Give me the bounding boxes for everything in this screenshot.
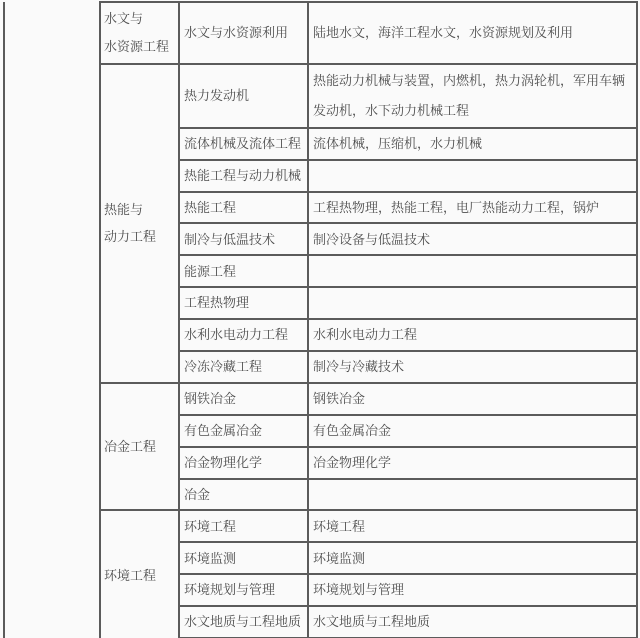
related-fields-cell bbox=[308, 255, 637, 287]
category-line: 动力工程 bbox=[104, 223, 175, 251]
major-cell: 水利水电动力工程 bbox=[179, 319, 308, 351]
category-line: 水资源工程 bbox=[104, 33, 175, 61]
related-fields-cell bbox=[308, 287, 637, 319]
discipline-table-body: 水文与水资源工程水文与水资源利用陆地水文，海洋工程水文，水资源规划及利用热能与动… bbox=[4, 2, 637, 638]
related-fields-cell: 冶金物理化学 bbox=[308, 447, 637, 479]
major-cell: 热力发动机 bbox=[179, 64, 308, 128]
major-cell: 有色金属冶金 bbox=[179, 415, 308, 447]
major-cell: 水文地质与工程地质 bbox=[179, 606, 308, 638]
related-fields-cell: 钢铁冶金 bbox=[308, 383, 637, 415]
related-fields-cell: 环境规划与管理 bbox=[308, 574, 637, 606]
category-cell: 热能与动力工程 bbox=[100, 64, 179, 383]
major-cell: 工程热物理 bbox=[179, 287, 308, 319]
related-fields-cell: 工程热物理，热能工程，电厂热能动力工程，锅炉 bbox=[308, 192, 637, 224]
related-fields-cell bbox=[308, 479, 637, 511]
major-cell: 冶金 bbox=[179, 479, 308, 511]
major-cell: 钢铁冶金 bbox=[179, 383, 308, 415]
related-fields-cell: 水利水电动力工程 bbox=[308, 319, 637, 351]
major-cell: 热能工程 bbox=[179, 192, 308, 224]
related-fields-cell: 流体机械，压缩机，水力机械 bbox=[308, 128, 637, 160]
screenshot-root: 水文与水资源工程水文与水资源利用陆地水文，海洋工程水文，水资源规划及利用热能与动… bbox=[0, 0, 640, 638]
major-cell: 流体机械及流体工程 bbox=[179, 128, 308, 160]
major-cell: 冶金物理化学 bbox=[179, 447, 308, 479]
major-cell: 水文与水资源利用 bbox=[179, 2, 308, 64]
related-fields-cell: 热能动力机械与装置，内燃机，热力涡轮机，军用车辆发动机，水下动力机械工程 bbox=[308, 64, 637, 128]
related-fields-cell: 制冷设备与低温技术 bbox=[308, 223, 637, 255]
category-line: 冶金工程 bbox=[104, 433, 175, 461]
related-fields-cell: 环境工程 bbox=[308, 510, 637, 542]
related-fields-cell: 水文地质与工程地质 bbox=[308, 606, 637, 638]
major-cell: 冷冻冷藏工程 bbox=[179, 351, 308, 383]
related-fields-cell bbox=[308, 160, 637, 192]
related-fields-cell: 制冷与冷藏技术 bbox=[308, 351, 637, 383]
discipline-table: 水文与水资源工程水文与水资源利用陆地水文，海洋工程水文，水资源规划及利用热能与动… bbox=[3, 1, 638, 638]
major-cell: 环境规划与管理 bbox=[179, 574, 308, 606]
left-spanner-cell bbox=[4, 2, 100, 638]
category-cell: 冶金工程 bbox=[100, 383, 179, 511]
category-cell: 水文与水资源工程 bbox=[100, 2, 179, 64]
major-cell: 环境工程 bbox=[179, 510, 308, 542]
major-cell: 制冷与低温技术 bbox=[179, 223, 308, 255]
related-fields-cell: 陆地水文，海洋工程水文，水资源规划及利用 bbox=[308, 2, 637, 64]
major-cell: 热能工程与动力机械 bbox=[179, 160, 308, 192]
category-line: 环境工程 bbox=[104, 562, 175, 590]
table-row: 水文与水资源工程水文与水资源利用陆地水文，海洋工程水文，水资源规划及利用 bbox=[4, 2, 637, 64]
related-fields-cell: 有色金属冶金 bbox=[308, 415, 637, 447]
major-cell: 环境监测 bbox=[179, 542, 308, 574]
category-line: 水文与 bbox=[104, 5, 175, 33]
related-fields-cell: 环境监测 bbox=[308, 542, 637, 574]
category-line: 热能与 bbox=[104, 196, 175, 224]
major-cell: 能源工程 bbox=[179, 255, 308, 287]
category-cell: 环境工程 bbox=[100, 510, 179, 638]
